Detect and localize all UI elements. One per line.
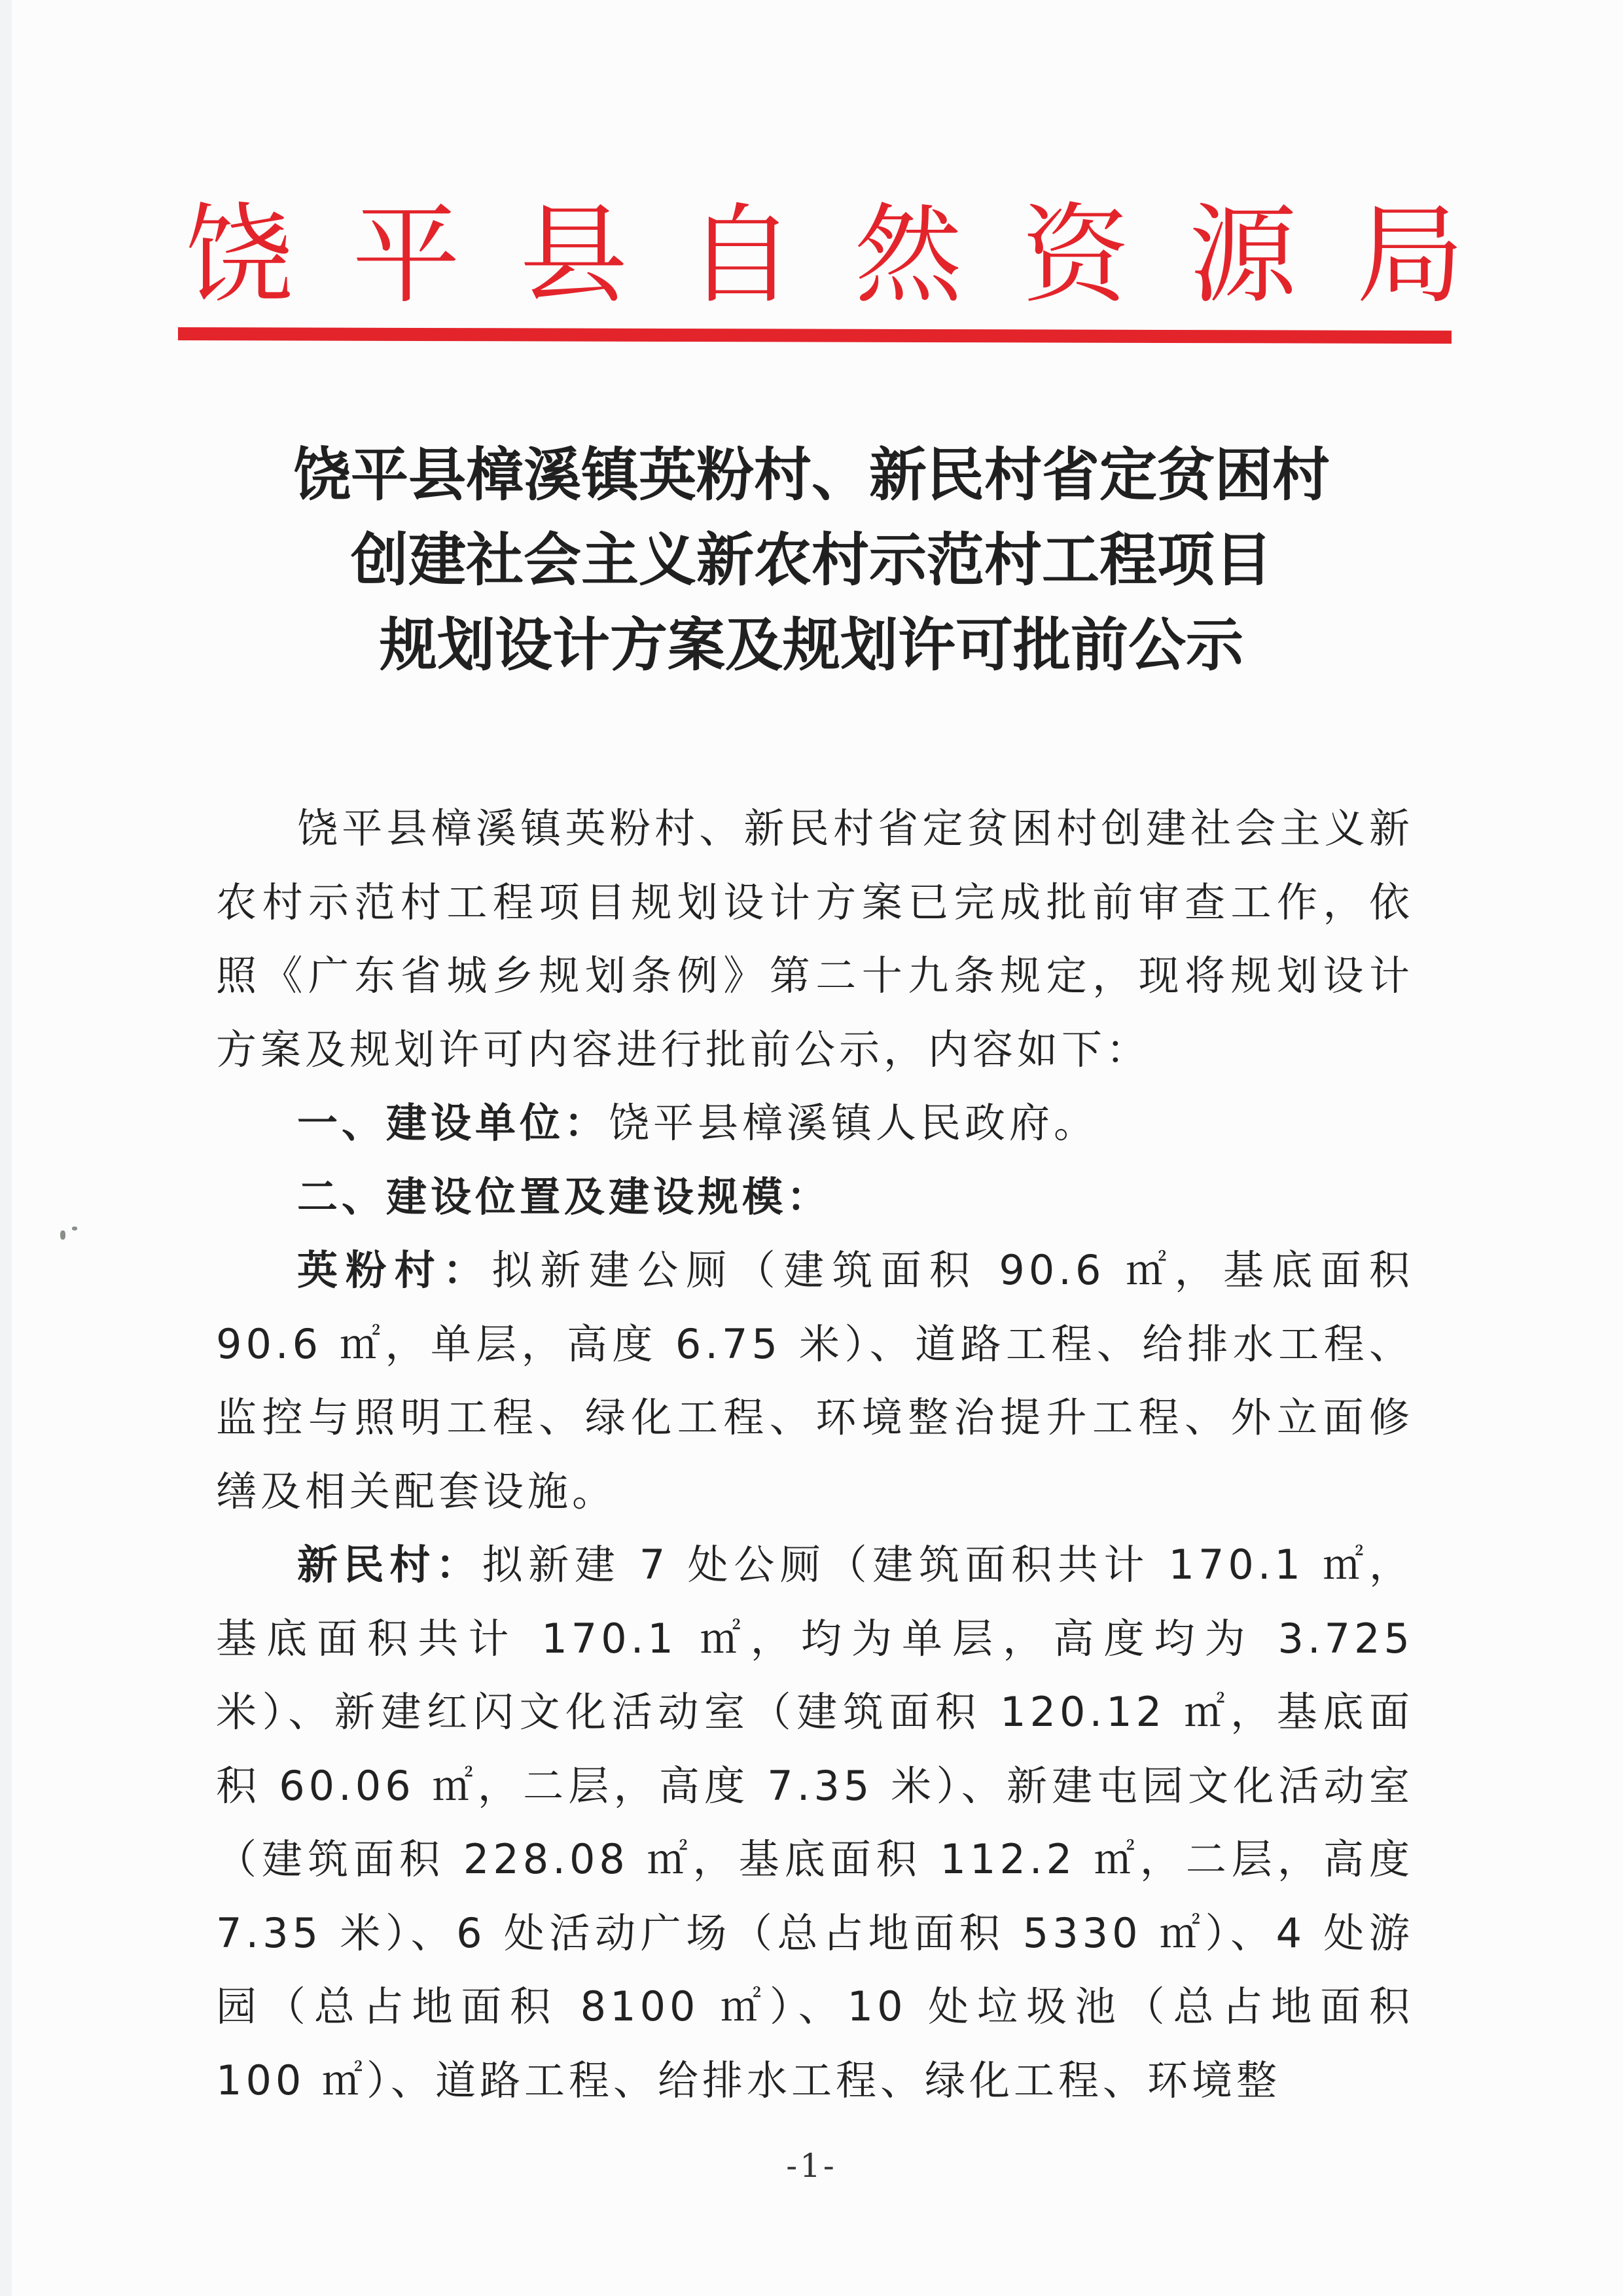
section-construction-unit: 一、建设单位：饶平县樟溪镇人民政府。 xyxy=(216,1086,1414,1160)
section-1-label: 一、建设单位： xyxy=(297,1099,609,1147)
issuer-masthead: 饶 平 县 自 然 资 源 局 xyxy=(177,190,1472,321)
masthead-char: 源 xyxy=(1181,190,1305,321)
masthead-char: 然 xyxy=(846,190,971,321)
masthead-char: 局 xyxy=(1348,190,1472,321)
masthead-char: 资 xyxy=(1014,190,1138,321)
village-description: 拟新建 7 处公厕（建筑面积共计 170.1 ㎡，基底面积共计 170.1 ㎡，… xyxy=(216,1541,1414,2104)
masthead-char: 饶 xyxy=(177,190,301,321)
document-page: 饶 平 县 自 然 资 源 局 饶平县樟溪镇英粉村、新民村省定贫困村 创建社会主… xyxy=(0,0,1623,2296)
section-2-label: 二、建设位置及建设规模： xyxy=(297,1173,831,1221)
masthead-char: 自 xyxy=(679,190,803,321)
red-divider-line xyxy=(178,327,1452,344)
title-line-3: 规划设计方案及规划许可批前公示 xyxy=(196,602,1427,687)
title-line-1: 饶平县樟溪镇英粉村、新民村省定贫困村 xyxy=(196,432,1427,517)
scan-speck xyxy=(72,1227,77,1230)
document-body: 饶平县樟溪镇英粉村、新民村省定贫困村创建社会主义新农村示范村工程项目规划设计方案… xyxy=(216,792,1414,2117)
scan-speck xyxy=(60,1230,65,1240)
village-paragraph-yingfen: 英粉村：拟新建公厕（建筑面积 90.6 ㎡，基底面积 90.6 ㎡，单层，高度 … xyxy=(216,1234,1414,1528)
village-name: 新民村： xyxy=(297,1541,482,1588)
masthead-char: 平 xyxy=(344,190,469,321)
village-paragraph-xinmin: 新民村：拟新建 7 处公厕（建筑面积共计 170.1 ㎡，基底面积共计 170.… xyxy=(216,1528,1414,2117)
village-name: 英粉村： xyxy=(297,1246,491,1294)
page-number: -1- xyxy=(0,2147,1623,2185)
scan-edge xyxy=(0,0,12,2296)
masthead-char: 县 xyxy=(511,190,635,321)
intro-paragraph: 饶平县樟溪镇英粉村、新民村省定贫困村创建社会主义新农村示范村工程项目规划设计方案… xyxy=(216,792,1414,1086)
section-1-value: 饶平县樟溪镇人民政府。 xyxy=(609,1099,1098,1147)
document-title: 饶平县樟溪镇英粉村、新民村省定贫困村 创建社会主义新农村示范村工程项目 规划设计… xyxy=(196,432,1427,687)
section-location-scale: 二、建设位置及建设规模： xyxy=(216,1160,1414,1234)
title-line-2: 创建社会主义新农村示范村工程项目 xyxy=(196,517,1427,602)
